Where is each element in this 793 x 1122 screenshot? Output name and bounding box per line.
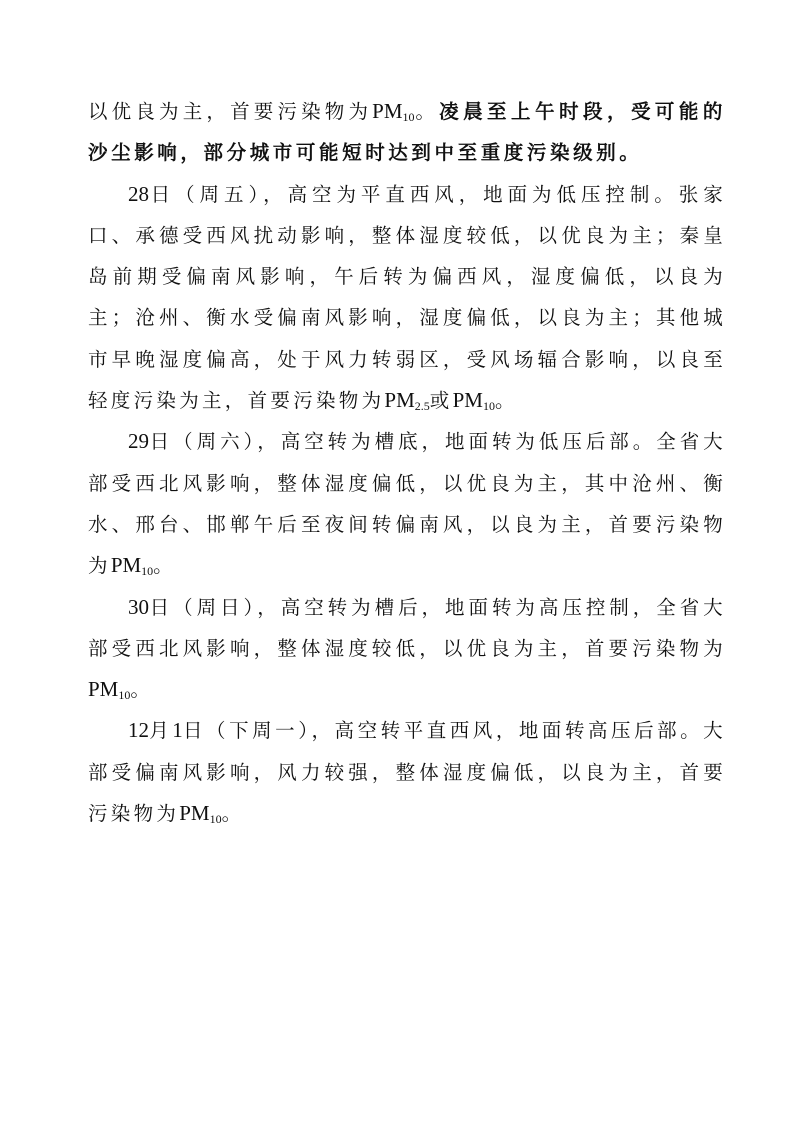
pollutant-subscript: 10 [483,399,495,413]
paragraph-forecast-29: 29日（周六），高空转为槽底，地面转为低压后部。全省大部受西北风影响，整体湿度偏… [88,421,726,586]
paragraph-forecast-dec-1: 12月1日（下周一），高空转平直西风，地面转高压后部。大部受偏南风影响，风力较强… [88,710,726,834]
forecast-text: 日（周六），高空转为槽底，地面转为低压后部。全省大部受西北风影响，整体湿度偏低，… [88,430,726,577]
punctuation: 。 [130,678,153,701]
text-segment: 以优良为主，首要污染物为 [88,100,372,123]
punctuation: 。 [222,802,245,825]
pollutant-label: PM [453,388,483,412]
date-number: 29 [128,429,149,453]
pollutant-label: PM [88,677,118,701]
forecast-text: 日（周五），高空为平直西风，地面为低压控制。张家口、承德受西风扰动影响，整体湿度… [88,183,726,412]
forecast-text: 日（周日），高空转为槽后，地面转为高压控制，全省大部受西北风影响，整体湿度较低，… [88,596,726,660]
date-number: 28 [128,182,149,206]
pollutant-label: PM [111,553,141,577]
pollutant-label: PM [372,99,402,123]
punctuation: 。 [153,554,176,577]
pollutant-subscript: 10 [141,564,153,578]
pollutant-subscript: 10 [210,812,222,826]
pollutant-subscript: 10 [118,688,130,702]
punctuation: 。 [495,389,518,412]
pollutant-label: PM [384,388,414,412]
month-label: 月 [149,719,172,742]
pollutant-label: PM [179,801,209,825]
date-number: 30 [128,595,149,619]
date-number: 1 [172,718,183,742]
pollutant-subscript: 10 [403,110,415,124]
conjunction: 或 [430,389,453,412]
month-number: 12 [128,718,149,742]
paragraph-forecast-28: 28日（周五），高空为平直西风，地面为低压控制。张家口、承德受西风扰动影响，整体… [88,174,726,422]
document-page: 以优良为主，首要污染物为PM10。凌晨至上午时段，受可能的沙尘影响，部分城市可能… [88,91,726,834]
paragraph-forecast-30: 30日（周日），高空转为槽后，地面转为高压控制，全省大部受西北风影响，整体湿度较… [88,587,726,711]
paragraph-air-quality-summary: 以优良为主，首要污染物为PM10。凌晨至上午时段，受可能的沙尘影响，部分城市可能… [88,91,726,174]
punctuation: 。 [415,100,440,123]
pollutant-subscript: 2.5 [415,399,430,413]
